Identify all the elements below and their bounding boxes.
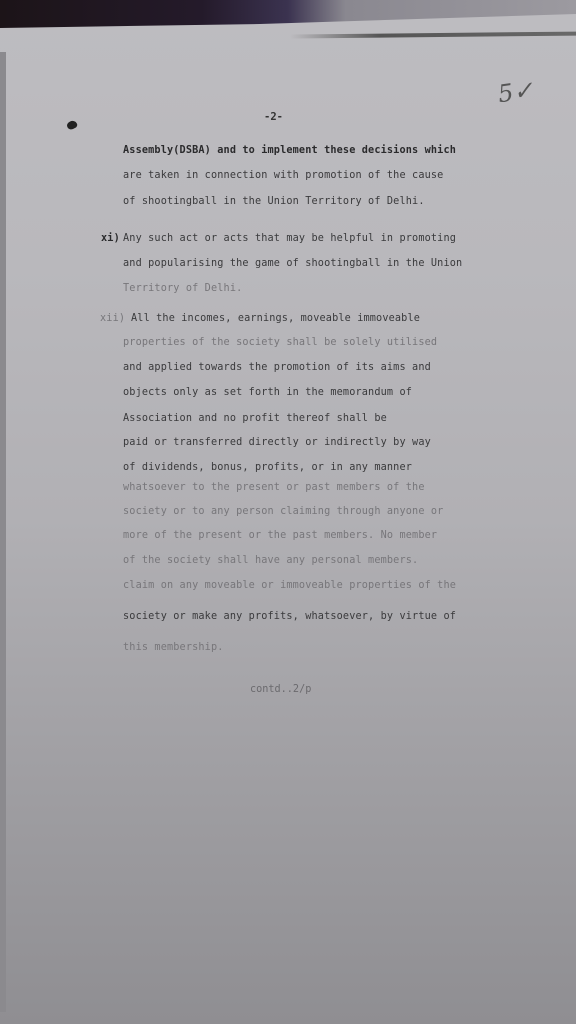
text-line: Any such act or acts that may be helpful… [123,233,456,244]
text-line: of shootingball in the Union Territory o… [123,196,425,207]
text-line: are taken in connection with promotion o… [123,170,443,181]
text-line: of dividends, bonus, profits, or in any … [123,462,412,473]
text-line: and popularising the game of shootingbal… [123,258,462,269]
binding-edge [0,52,6,1012]
text-line: Assembly(DSBA) and to implement these de… [123,145,456,156]
page-number: -2- [264,111,283,123]
text-line: more of the present or the past members.… [123,530,437,541]
document-page [0,14,576,1024]
text-line: Territory of Delhi. [123,283,242,294]
clause-label: xi) [101,233,120,244]
text-line: this membership. [123,642,224,653]
text-line: properties of the society shall be solel… [123,337,437,348]
text-line: of the society shall have any personal m… [123,555,418,566]
text-line: society or to any person claiming throug… [123,506,443,517]
continuation-note: contd..2/p [250,684,311,695]
text-line: society or make any profits, whatsoever,… [123,611,456,622]
text-line: paid or transferred directly or indirect… [123,437,431,448]
text-line: objects only as set forth in the memoran… [123,387,412,398]
text-line: All the incomes, earnings, moveable immo… [131,313,420,324]
text-line: claim on any moveable or immoveable prop… [123,580,456,591]
text-line: Association and no profit thereof shall … [123,413,387,424]
clause-label: xii) [100,313,125,324]
text-line: and applied towards the promotion of its… [123,362,431,373]
text-line: whatsoever to the present or past member… [123,482,425,493]
handwritten-mark: 5✓ [496,76,535,109]
